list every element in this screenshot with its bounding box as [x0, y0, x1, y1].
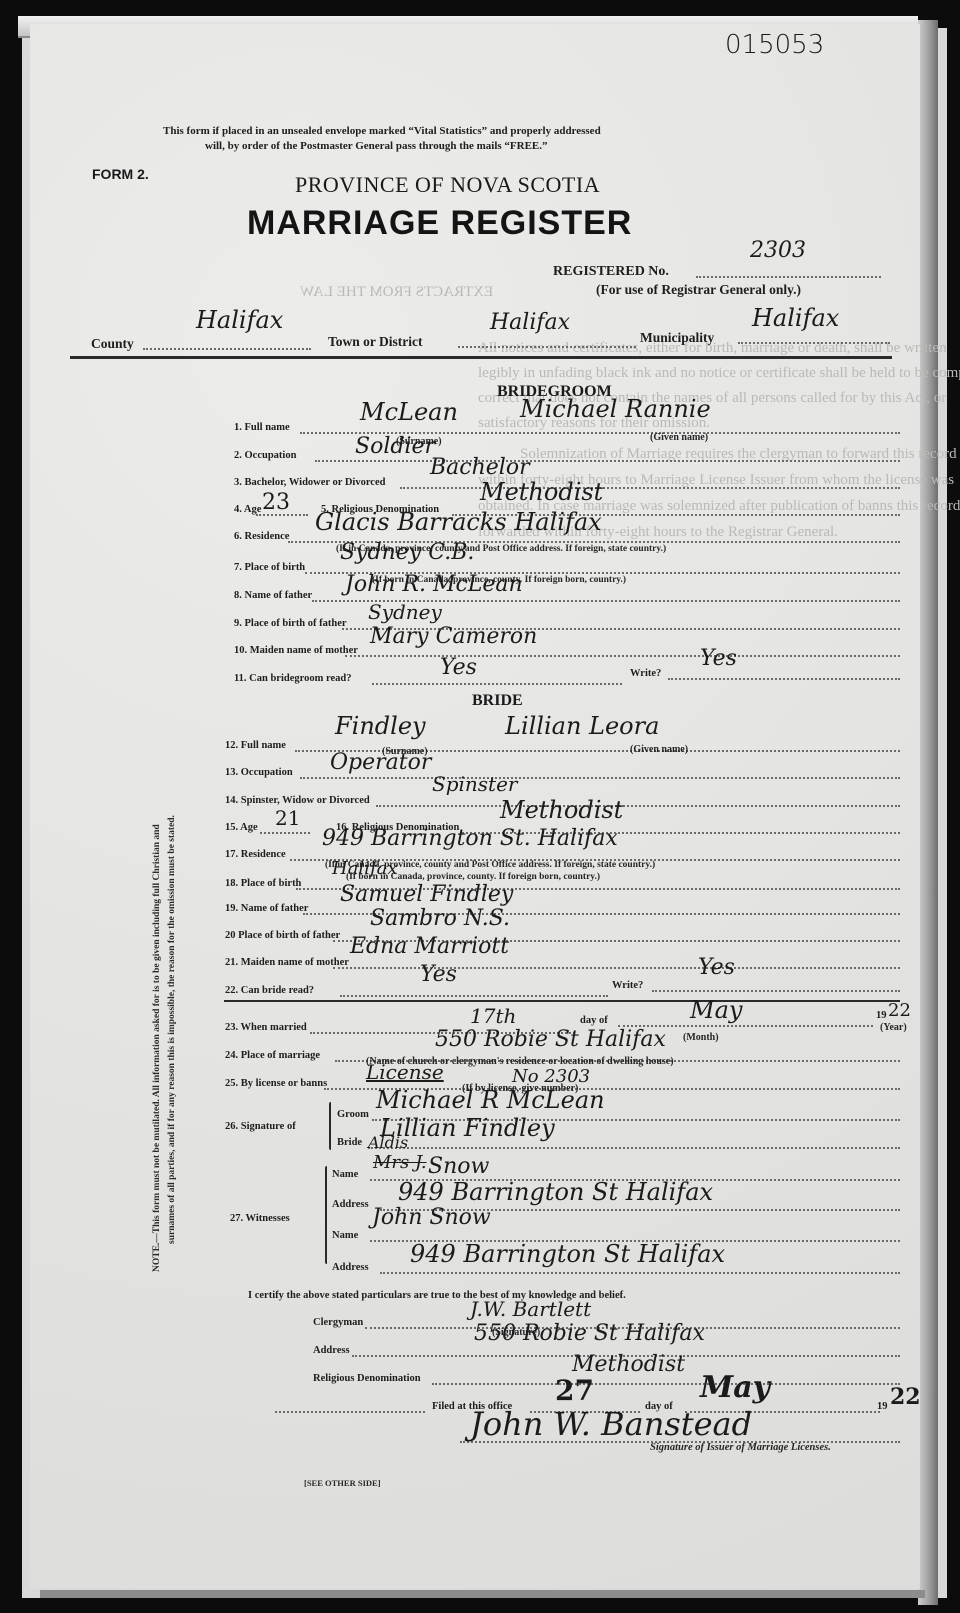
clergyman-address-label: Address: [313, 1345, 350, 1356]
groom-write-line: [668, 678, 900, 680]
groom-read-line: [372, 683, 622, 685]
filed-year-prefix: 19: [877, 1401, 888, 1412]
groom-mother-field[interactable]: Mary Cameron: [370, 624, 537, 649]
place-of-marriage-label: 24. Place of marriage: [225, 1050, 320, 1061]
town-line: [458, 346, 636, 348]
bride-mother-line: [333, 967, 900, 969]
place-of-marriage-field[interactable]: 550 Robie St Halifax: [435, 1027, 666, 1052]
groom-read-field[interactable]: Yes: [440, 655, 477, 680]
given-name-caption: (Given name): [630, 744, 688, 755]
bride-write-label: Write?: [612, 980, 643, 991]
postal-notice-line2: will, by order of the Postmaster General…: [205, 140, 548, 152]
bride-occupation-line: [300, 777, 900, 779]
archive-number: 015053: [725, 30, 824, 60]
page-right-edge: [918, 20, 938, 1605]
bride-occupation-label: 13. Occupation: [225, 767, 293, 778]
groom-status-field[interactable]: Bachelor: [430, 455, 530, 480]
groom-mother-line: [345, 655, 900, 657]
bride-mother-label: 21. Maiden name of mother: [225, 957, 349, 968]
witness1-name-label: Name: [332, 1169, 358, 1180]
bride-read-field[interactable]: Yes: [420, 962, 457, 987]
birthplace-caption: (If born in Canada, province, county. If…: [346, 872, 600, 882]
bride-age-label: 15. Age: [225, 822, 258, 833]
groom-surname-field[interactable]: McLean: [360, 398, 458, 426]
marriage-day-field[interactable]: 17th: [470, 1004, 516, 1028]
marriage-year-field[interactable]: 22: [888, 1000, 911, 1021]
groom-religion-field[interactable]: Methodist: [480, 478, 603, 506]
groom-mother-label: 10. Maiden name of mother: [234, 645, 358, 656]
groom-status-line: [400, 487, 900, 489]
groom-signature-field[interactable]: Michael R McLean: [376, 1086, 605, 1114]
license-label: 25. By license or banns: [225, 1078, 327, 1089]
page-bottom-edge: [40, 1590, 925, 1598]
groom-occupation-label: 2. Occupation: [234, 450, 296, 461]
witness2-address-label: Address: [332, 1262, 369, 1273]
bride-status-field[interactable]: Spinster: [432, 772, 517, 796]
groom-occupation-line: [315, 460, 900, 462]
county-field[interactable]: Halifax: [196, 306, 283, 334]
bride-signature-label: Bride: [337, 1137, 362, 1148]
groom-father-label: 8. Name of father: [234, 590, 312, 601]
bride-father-label: 19. Name of father: [225, 903, 308, 914]
groom-residence-field[interactable]: Glacis Barracks Halifax: [315, 508, 602, 536]
bride-signature-line: [368, 1147, 900, 1149]
groom-occupation-field[interactable]: Soldier: [355, 434, 435, 459]
witness2-address-line: [380, 1272, 900, 1274]
witnesses-label: 27. Witnesses: [230, 1213, 290, 1224]
bride-residence-label: 17. Residence: [225, 849, 286, 860]
groom-residence-label: 6. Residence: [234, 531, 289, 542]
registrar-note: (For use of Registrar General only.): [596, 282, 801, 298]
county-line: [143, 348, 311, 350]
witness1-address-field[interactable]: 949 Barrington St Halifax: [398, 1178, 713, 1206]
municipality-label: Municipality: [640, 330, 714, 346]
witness1-name-field[interactable]: Snow: [428, 1154, 489, 1179]
filing-prefix-line: [275, 1411, 425, 1413]
municipality-line: [738, 342, 890, 344]
town-field[interactable]: Halifax: [490, 310, 570, 335]
witness2-name-field[interactable]: John Snow: [372, 1205, 491, 1230]
groom-birthplace-field[interactable]: Sydney C.B.: [340, 540, 474, 565]
bride-status-line: [376, 805, 900, 807]
signature-brace: [329, 1102, 331, 1150]
side-note-line1: NOTE.—This form must not be mutilated. A…: [150, 572, 165, 1272]
given-name-caption: (Given name): [650, 432, 708, 443]
registered-no-label: REGISTERED No.: [553, 264, 669, 280]
form-number: FORM 2.: [92, 166, 149, 182]
groom-birthplace-label: 7. Place of birth: [234, 562, 305, 573]
bride-father-birthplace-field[interactable]: Sambro N.S.: [370, 906, 510, 931]
filed-year-field[interactable]: 22: [890, 1384, 921, 1410]
witness-brace-top: [325, 1166, 327, 1264]
groom-full-name-label: 1. Full name: [234, 422, 290, 433]
witness1-address-label: Address: [332, 1199, 369, 1210]
bride-read-label: 22. Can bride read?: [225, 985, 314, 996]
signature-of-label: 26. Signature of: [225, 1121, 296, 1132]
bride-heading: BRIDE: [472, 692, 523, 710]
groom-given-name-field[interactable]: Michael Rannie: [520, 395, 711, 423]
bride-status-label: 14. Spinster, Widow or Divorced: [225, 795, 370, 806]
clergyman-signature-field[interactable]: J.W. Bartlett: [470, 1297, 591, 1321]
filed-day-field[interactable]: 27: [555, 1374, 594, 1407]
marriage-year-prefix: 19: [876, 1010, 887, 1021]
groom-write-label: Write?: [630, 668, 661, 679]
bride-surname-field[interactable]: Findley: [335, 712, 426, 740]
bride-given-name-field[interactable]: Lillian Leora: [505, 712, 659, 740]
groom-father-field[interactable]: John R. McLean: [345, 572, 523, 597]
witness2-name-label: Name: [332, 1230, 358, 1241]
see-other-side-note: [SEE OTHER SIDE]: [304, 1478, 381, 1488]
page-title: MARRIAGE REGISTER: [247, 204, 632, 243]
registered-no-value[interactable]: 2303: [750, 238, 806, 263]
issuer-caption: Signature of Issuer of Marriage Licenses…: [650, 1442, 831, 1453]
clergyman-label: Clergyman: [313, 1317, 363, 1328]
month-caption: (Month): [683, 1032, 719, 1043]
bride-birthplace-label: 18. Place of birth: [225, 878, 301, 889]
bride-write-field[interactable]: Yes: [698, 955, 735, 980]
denomination-label: Religious Denomination: [313, 1373, 421, 1384]
groom-read-label: 11. Can bridegroom read?: [234, 673, 351, 684]
header-divider: [70, 356, 892, 359]
side-note-line2: surnames of all parties, and if for any …: [165, 572, 180, 1272]
groom-status-label: 3. Bachelor, Widower or Divorced: [234, 477, 385, 488]
bleed-through-heading: EXTRACTS FROM THE LAW: [300, 284, 493, 301]
marriage-month-field[interactable]: May: [690, 996, 742, 1024]
bride-write-line: [652, 990, 900, 992]
groom-father-birthplace-field[interactable]: Sydney: [368, 600, 442, 624]
registered-no-line: [696, 276, 881, 278]
bride-section-divider: [224, 1000, 900, 1002]
day-of-label: day of: [580, 1015, 608, 1026]
bride-religion-field[interactable]: Methodist: [500, 796, 623, 824]
witness1-struck-name: Mrs J.: [373, 1152, 427, 1173]
groom-father-birthplace-label: 9. Place of birth of father: [234, 618, 347, 629]
bleed-through-line: legibly in unfading black ink and no not…: [478, 365, 960, 382]
year-caption: (Year): [880, 1022, 907, 1033]
witness1-name-insert[interactable]: Aldis: [368, 1133, 408, 1152]
when-married-label: 23. When married: [225, 1022, 307, 1033]
groom-signature-label: Groom: [337, 1109, 369, 1120]
province-heading: PROVINCE OF NOVA SCOTIA: [295, 172, 600, 198]
issuer-signature-field[interactable]: John W. Banstead: [470, 1405, 752, 1443]
municipality-field[interactable]: Halifax: [752, 304, 839, 332]
filed-month-field[interactable]: May: [700, 1370, 770, 1405]
county-label: County: [91, 336, 134, 352]
denomination-line: [432, 1383, 900, 1385]
witness2-address-field[interactable]: 949 Barrington St Halifax: [410, 1240, 725, 1268]
groom-age-field[interactable]: 23: [262, 490, 290, 515]
bride-father-birthplace-label: 20 Place of birth of father: [225, 930, 340, 941]
bride-age-field[interactable]: 21: [275, 806, 300, 830]
bride-read-line: [340, 995, 608, 997]
bride-mother-field[interactable]: Edna Marriott: [350, 934, 509, 959]
bride-father-field[interactable]: Samuel Findley: [340, 882, 513, 907]
clergyman-address-field[interactable]: 550 Robie St Halifax: [474, 1321, 705, 1346]
groom-write-field[interactable]: Yes: [700, 646, 737, 671]
town-label: Town or District: [328, 334, 423, 350]
postal-notice-line1: This form if placed in an unsealed envel…: [163, 125, 601, 137]
bride-age-line: [260, 832, 310, 834]
bride-residence-field[interactable]: 949 Barrington St. Halifax: [322, 826, 618, 851]
license-type-field[interactable]: License: [366, 1060, 444, 1084]
bride-occupation-field[interactable]: Operator: [330, 750, 431, 775]
side-note: NOTE.—This form must not be mutilated. A…: [150, 572, 180, 1272]
bride-full-name-label: 12. Full name: [225, 740, 286, 751]
